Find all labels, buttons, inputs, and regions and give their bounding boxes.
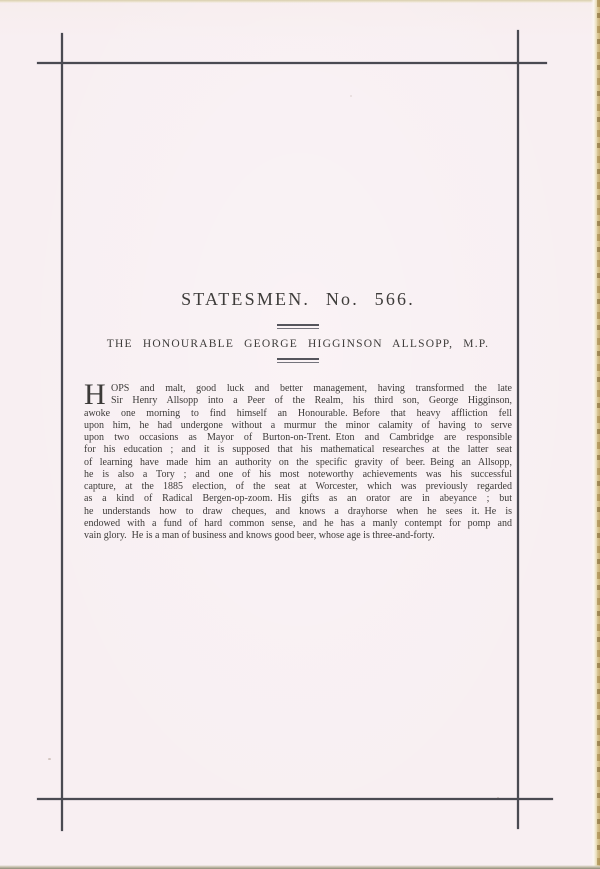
- text-line: awoke one morning to find himself an Hon…: [84, 408, 512, 420]
- series-heading: STATESMEN. No. 566.: [84, 289, 512, 310]
- border-rule-right: [517, 30, 519, 829]
- text-line: upon two occasions as Mayor of Burton-on…: [84, 432, 512, 444]
- page-deckle-edge: [591, 0, 600, 869]
- text-line: upon him, he had undergone without a mur…: [84, 420, 512, 432]
- page-content: STATESMEN. No. 566. THE HONOURABLE GEORG…: [84, 0, 512, 869]
- text-line: he is also a Tory ; and one of his most …: [84, 469, 512, 481]
- text-line: for his education ; and it is supposed t…: [84, 444, 512, 456]
- article-title: THE HONOURABLE GEORGE HIGGINSON ALLSOPP,…: [84, 338, 512, 350]
- text-line: of learning have made him an authority o…: [84, 457, 512, 469]
- text-line: capture, at the 1885 election, of the se…: [84, 481, 512, 493]
- text-line: Sir Henry Allsopp into a Peer of the Rea…: [84, 395, 512, 407]
- drop-cap: H: [84, 383, 111, 408]
- scan-speck: [48, 758, 51, 760]
- scanned-page: STATESMEN. No. 566. THE HONOURABLE GEORG…: [0, 0, 600, 869]
- text-line: he understands how to draw cheques, and …: [84, 506, 512, 518]
- text-line: vain glory. He is a man of business and …: [84, 530, 512, 542]
- double-rule-divider: [277, 358, 319, 363]
- article-body: H OPS and malt, good luck and better man…: [84, 383, 512, 542]
- text-line: as a kind of Radical Bergen-op-zoom. His…: [84, 493, 512, 505]
- text-line: endowed with a fund of hard common sense…: [84, 518, 512, 530]
- double-rule-divider: [277, 324, 319, 329]
- border-rule-left: [61, 33, 63, 831]
- text-line: OPS and malt, good luck and better manag…: [84, 383, 512, 395]
